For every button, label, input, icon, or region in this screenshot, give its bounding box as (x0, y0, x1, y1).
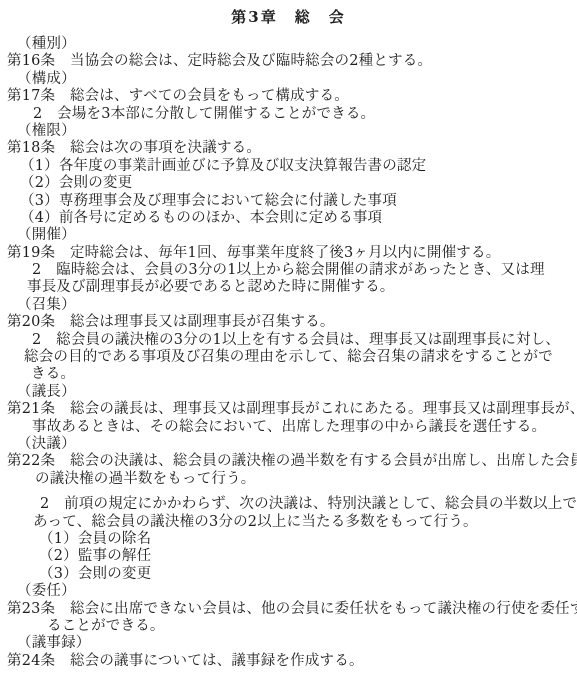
document-line: 事長及び副理事長が必要であると認めた時に開催する。 (0, 279, 577, 296)
document-page: 第3章 総 会 （種別）第16条 当協会の総会は、定時総会及び臨時総会の2種とす… (0, 0, 577, 687)
document-line: きる。 (0, 366, 577, 383)
document-line: （構成） (0, 71, 577, 88)
document-line: 2 総会員の議決権の3分の1以上を有する会員は、理事長又は副理事長に対し、 (0, 332, 577, 349)
document-line: （1）各年度の事業計画並びに予算及び収支決算報告書の認定 (0, 158, 577, 175)
document-line: 第23条 総会に出席できない会員は、他の会員に委任状をもって議決権の行使を委任す (0, 601, 577, 618)
document-line: 第17条 総会は、すべての会員をもって構成する。 (0, 88, 577, 105)
document-line: 第21条 総会の議長は、理事長又は副理事長がこれにあたる。理事長又は副理事長が、 (0, 401, 577, 418)
document-line: （2）監事の解任 (0, 548, 577, 565)
document-line: の議決権の過半数をもって行う。 (0, 471, 577, 488)
document-line: （決議） (0, 436, 577, 453)
document-line: （議事録） (0, 635, 577, 652)
document-line: あって、総会員の議決権の3分の2以上に当たる多数をもって行う。 (0, 514, 577, 531)
document-line: （3）専務理事会及び理事会において総会に付議した事項 (0, 193, 577, 210)
document-line: 2 前項の規定にかかわらず、次の決議は、特別決議として、総会員の半数以上で (0, 496, 577, 513)
document-line: （種別） (0, 36, 577, 53)
document-line: （3）会則の変更 (0, 566, 577, 583)
document-line: （2）会則の変更 (0, 175, 577, 192)
document-line: （開催） (0, 227, 577, 244)
document-line: （1）会員の除名 (0, 531, 577, 548)
document-line: 2 会場を3本部に分散して開催することができる。 (0, 106, 577, 123)
document-line: 第18条 総会は次の事項を決議する。 (0, 140, 577, 157)
document-line: （権限） (0, 123, 577, 140)
document-line: （委任） (0, 583, 577, 600)
document-line: （召集） (0, 297, 577, 314)
document-line: 第19条 定時総会は、毎年1回、毎事業年度終了後3ヶ月以内に開催する。 (0, 245, 577, 262)
document-line: 第16条 当協会の総会は、定時総会及び臨時総会の2種とする。 (0, 53, 577, 70)
document-line: 2 臨時総会は、会員の3分の1以上から総会開催の請求があったとき、又は理 (0, 262, 577, 279)
chapter-title: 第3章 総 会 (0, 8, 577, 27)
document-line: （議長） (0, 384, 577, 401)
document-line: 第20条 総会は理事長又は副理事長が召集する。 (0, 314, 577, 331)
document-line: 第24条 総会の議事については、議事録を作成する。 (0, 653, 577, 670)
document-line: 事故あるときは、その総会において、出席した理事の中から議長を選任する。 (0, 419, 577, 436)
document-line: 総会の目的である事項及び召集の理由を示して、総会召集の請求をすることがで (0, 349, 577, 366)
document-line: （4）前各号に定めるもののほか、本会則に定める事項 (0, 210, 577, 227)
document-line: 第22条 総会の決議は、総会員の議決権の過半数を有する会員が出席し、出席した会員 (0, 453, 577, 470)
document-line: ることができる。 (0, 618, 577, 635)
document-body: （種別）第16条 当協会の総会は、定時総会及び臨時総会の2種とする。（構成）第1… (0, 36, 577, 670)
